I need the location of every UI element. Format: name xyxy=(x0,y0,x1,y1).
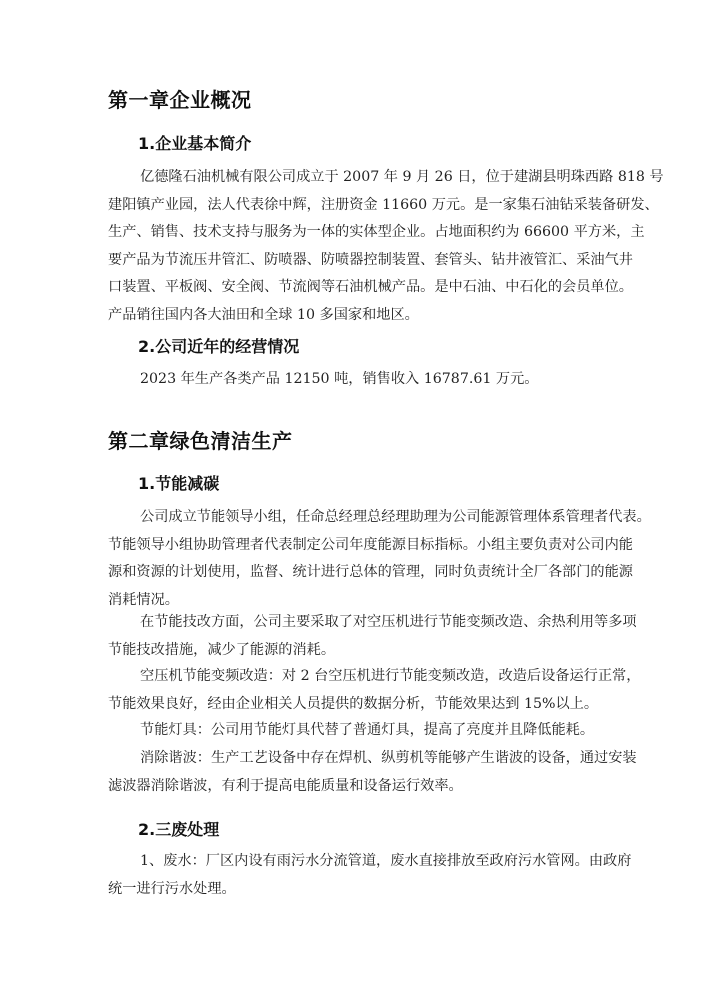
paragraph-line: 建阳镇产业园，法人代表徐中辉，注册资金 11660 万元。是一家集石油钻采装备研… xyxy=(108,192,608,220)
paragraph-line: 消除谐波：生产工艺设备中存在焊机、纵剪机等能够产生谐波的设备，通过安装 xyxy=(108,745,608,773)
paragraph-line: 公司成立节能领导小组，任命总经理总经理助理为公司能源管理体系管理者代表。 xyxy=(108,504,608,532)
section-2-2-title: 2.三废处理 xyxy=(138,817,219,840)
lighting-paragraph: 节能灯具：公司用节能灯具代替了普通灯具，提高了亮度并且降低能耗。 xyxy=(108,717,608,745)
compressor-paragraph: 空压机节能变频改造：对 2 台空压机进行节能变频改造，改造后设备运行正常， 节能… xyxy=(108,663,608,718)
paragraph-line: 生产、销售、技术支持与服务为一体的实体型企业。占地面积约为 66600 平方米，… xyxy=(108,219,608,247)
paragraph-line: 空压机节能变频改造：对 2 台空压机进行节能变频改造，改造后设备运行正常， xyxy=(108,663,608,691)
section-2-1-title: 1.节能减碳 xyxy=(138,471,219,494)
paragraph-line: 节能领导小组协助管理者代表制定公司年度能源目标指标。小组主要负责对公司内能 xyxy=(108,532,608,560)
chapter-2-title: 第二章绿色清洁生产 xyxy=(108,425,293,454)
energy-team-paragraph: 公司成立节能领导小组，任命总经理总经理助理为公司能源管理体系管理者代表。 节能领… xyxy=(108,504,608,614)
company-intro-paragraph: 亿德隆石油机械有限公司成立于 2007 年 9 月 26 日，位于建湖县明珠西路… xyxy=(108,164,608,329)
section-1-1-title: 1.企业基本简介 xyxy=(138,131,251,154)
paragraph-line: 亿德隆石油机械有限公司成立于 2007 年 9 月 26 日，位于建湖县明珠西路… xyxy=(108,164,608,192)
operations-paragraph: 2023 年生产各类产品 12150 吨，销售收入 16787.61 万元。 xyxy=(108,366,608,394)
paragraph-line: 节能技改措施，减少了能源的消耗。 xyxy=(108,637,608,665)
chapter-1-title: 第一章企业概况 xyxy=(108,84,252,113)
paragraph-line: 2023 年生产各类产品 12150 吨，销售收入 16787.61 万元。 xyxy=(108,366,608,394)
paragraph-line: 在节能技改方面，公司主要采取了对空压机进行节能变频改造、余热利用等多项 xyxy=(108,609,608,637)
paragraph-line: 节能灯具：公司用节能灯具代替了普通灯具，提高了亮度并且降低能耗。 xyxy=(108,717,608,745)
paragraph-line: 口装置、平板阀、安全阀、节流阀等石油机械产品。是中石油、中石化的会员单位。 xyxy=(108,274,608,302)
paragraph-line: 统一进行污水处理。 xyxy=(108,876,608,904)
paragraph-line: 滤波器消除谐波，有利于提高电能质量和设备运行效率。 xyxy=(108,773,608,801)
document-page: 第一章企业概况 1.企业基本简介 亿德隆石油机械有限公司成立于 2007 年 9… xyxy=(0,0,707,1000)
retrofit-paragraph: 在节能技改方面，公司主要采取了对空压机进行节能变频改造、余热利用等多项 节能技改… xyxy=(108,609,608,664)
paragraph-line: 节能效果良好，经由企业相关人员提供的数据分析，节能效果达到 15%以上。 xyxy=(108,691,608,719)
paragraph-line: 要产品为节流压井管汇、防喷器、防喷器控制装置、套管头、钻井液管汇、采油气井 xyxy=(108,247,608,275)
paragraph-line: 产品销往国内各大油田和全球 10 多国家和地区。 xyxy=(108,302,608,330)
wastewater-paragraph: 1、废水：厂区内设有雨污水分流管道，废水直接排放至政府污水管网。由政府 统一进行… xyxy=(108,848,608,903)
paragraph-line: 1、废水：厂区内设有雨污水分流管道，废水直接排放至政府污水管网。由政府 xyxy=(108,848,608,876)
harmonics-paragraph: 消除谐波：生产工艺设备中存在焊机、纵剪机等能够产生谐波的设备，通过安装 滤波器消… xyxy=(108,745,608,800)
section-1-2-title: 2.公司近年的经营情况 xyxy=(138,334,299,357)
paragraph-line: 源和资源的计划使用，监督、统计进行总体的管理，同时负责统计全厂各部门的能源 xyxy=(108,559,608,587)
